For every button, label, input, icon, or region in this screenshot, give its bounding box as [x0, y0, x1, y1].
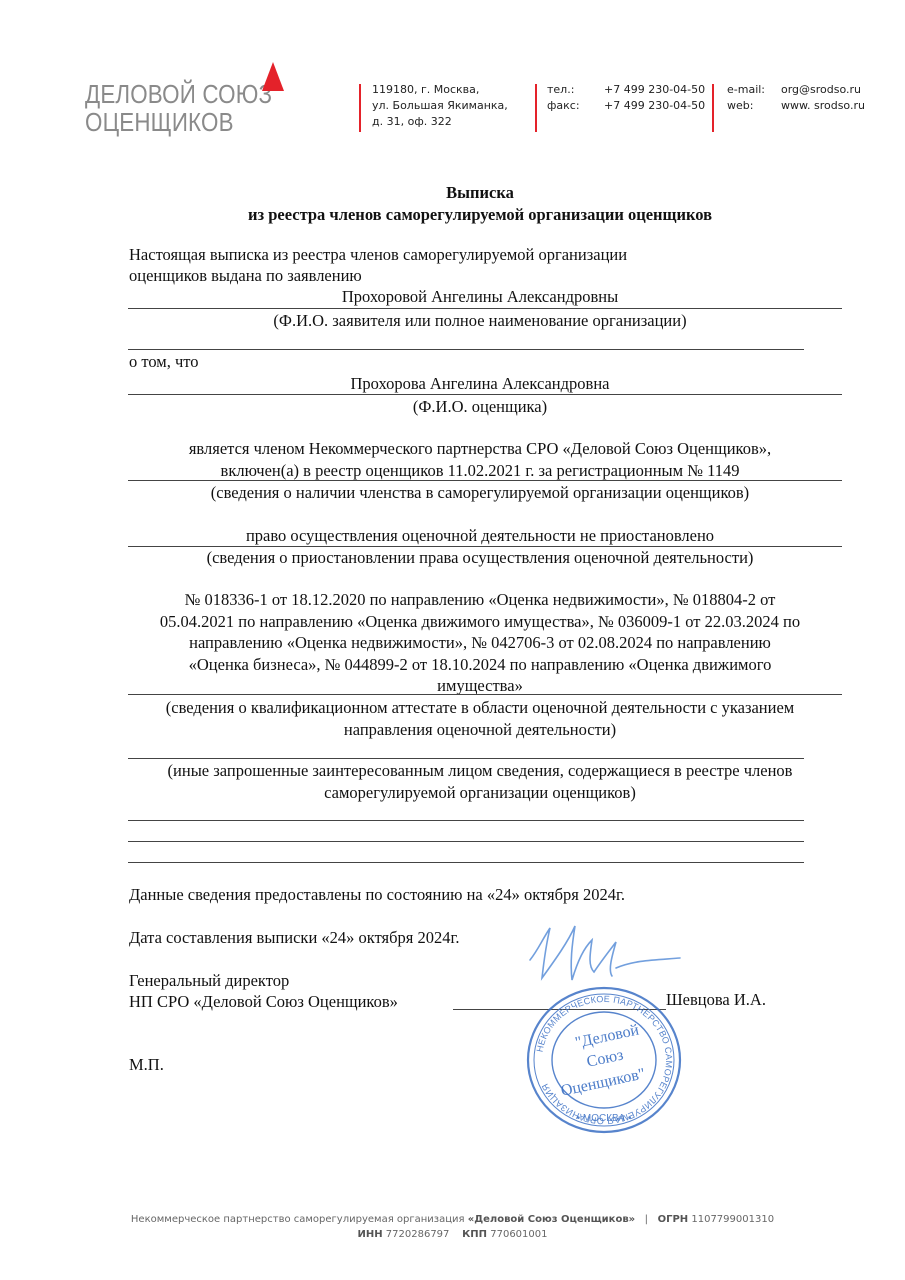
email-link[interactable]: org@srodso.ru	[781, 83, 861, 96]
ogrn-label: ОГРН	[658, 1214, 689, 1225]
logo-line-2: ОЦЕНЩИКОВ	[85, 108, 272, 136]
membership-caption: (сведения о наличии членства в саморегул…	[118, 482, 842, 504]
blank-line	[128, 820, 804, 821]
seal-place-label: М.П.	[129, 1055, 164, 1075]
email-label: e-mail:	[727, 82, 781, 98]
intro-text: Настоящая выписка из реестра членов само…	[129, 244, 627, 286]
stamp-city: • МОСКВА •	[577, 1113, 632, 1124]
signature-icon	[520, 920, 690, 995]
blank-line	[128, 841, 804, 842]
appraiser-caption: (Ф.И.О. оценщика)	[118, 396, 842, 418]
compiled-date: Дата составления выписки «24» октября 20…	[129, 928, 460, 948]
fax-number: +7 499 230-04-50	[604, 99, 705, 112]
certificate-line: 05.04.2021 по направлению «Оценка движим…	[118, 611, 842, 633]
ogrn-value: 1107799001310	[691, 1214, 774, 1225]
stamp-center-line-2: Союз	[585, 1046, 625, 1070]
signer-title-line-1: Генеральный директор	[129, 970, 398, 991]
phone-label: тел.:	[547, 82, 604, 98]
intro-line-2: оценщиков выдана по заявлению	[129, 265, 627, 286]
signer-title: Генеральный директор НП СРО «Деловой Сою…	[129, 970, 398, 1012]
certificate-line: «Оценка бизнеса», № 044899-2 от 18.10.20…	[118, 654, 842, 676]
kpp-value: 770601001	[490, 1229, 547, 1240]
phone-number: +7 499 230-04-50	[604, 83, 705, 96]
stamp-center-line-1: "Деловой	[574, 1021, 641, 1051]
divider	[712, 84, 714, 132]
divider	[359, 84, 361, 132]
underline	[128, 480, 842, 481]
caption-line: направления оценочной деятельности)	[118, 719, 842, 741]
footer-line-1: Некоммерческое партнерство саморегулируе…	[0, 1212, 905, 1227]
address-line: д. 31, оф. 322	[372, 114, 508, 130]
about-that-label: о том, что	[129, 352, 199, 372]
caption-line: (иные запрошенные заинтересованным лицом…	[118, 760, 842, 782]
inn-label: ИНН	[357, 1229, 382, 1240]
appraiser-name: Прохорова Ангелина Александровна	[118, 373, 842, 395]
web-link[interactable]: www. srodso.ru	[781, 99, 865, 112]
web-label: web:	[727, 98, 781, 114]
blank-line	[128, 758, 804, 759]
intro-line-1: Настоящая выписка из реестра членов само…	[129, 244, 627, 265]
stamp-center-line-3: Оценщиков"	[559, 1065, 646, 1099]
organization-stamp-icon: НЕКОММЕРЧЕСКОЕ ПАРТНЕРСТВО САМОРЕГУЛИРУЕ…	[524, 985, 684, 1135]
underline	[128, 394, 842, 395]
certificate-line: направлению «Оценка недвижимости», № 042…	[118, 632, 842, 654]
inn-value: 7720286797	[386, 1229, 450, 1240]
membership-line-1: является членом Некоммерческого партнерс…	[118, 438, 842, 460]
address-line: 119180, г. Москва,	[372, 82, 508, 98]
caption-line: саморегулируемой организации оценщиков)	[118, 782, 842, 804]
footer-separator: |	[645, 1214, 648, 1225]
phone-block: тел.:+7 499 230-04-50 факс:+7 499 230-04…	[547, 82, 705, 114]
other-info-caption: (иные запрошенные заинтересованным лицом…	[118, 760, 842, 804]
logo-line-1: ДЕЛОВОЙ СОЮЗ	[85, 80, 272, 108]
blank-line	[128, 349, 804, 350]
applicant-name: Прохоровой Ангелины Александровны	[118, 286, 842, 308]
as-of-date: Данные сведения предоставлены по состоян…	[129, 885, 625, 905]
title-line-1: Выписка	[118, 182, 842, 204]
certificate-line: № 018336-1 от 18.12.2020 по направлению …	[118, 589, 842, 611]
address-block: 119180, г. Москва, ул. Большая Якиманка,…	[372, 82, 508, 130]
footer-org-prefix: Некоммерческое партнерство саморегулируе…	[131, 1214, 465, 1225]
underline	[128, 694, 842, 695]
fax-label: факс:	[547, 98, 604, 114]
certificates-info: № 018336-1 от 18.12.2020 по направлению …	[118, 589, 842, 697]
underline	[128, 308, 842, 309]
caption-line: (сведения о квалификационном аттестате в…	[118, 697, 842, 719]
applicant-caption: (Ф.И.О. заявителя или полное наименовани…	[118, 310, 842, 332]
title-line-2: из реестра членов саморегулируемой орган…	[118, 204, 842, 226]
divider	[535, 84, 537, 132]
kpp-label: КПП	[462, 1229, 487, 1240]
footer-org-name: «Деловой Союз Оценщиков»	[468, 1214, 635, 1225]
suspension-status: право осуществления оценочной деятельнос…	[118, 525, 842, 547]
logo-triangle-icon	[262, 62, 284, 91]
blank-line	[128, 862, 804, 863]
footer-line-2: ИНН 7720286797 КПП 770601001	[0, 1227, 905, 1242]
document-page: ДЕЛОВОЙ СОЮЗ ОЦЕНЩИКОВ 119180, г. Москва…	[0, 0, 905, 1280]
document-title: Выписка из реестра членов саморегулируем…	[118, 182, 842, 226]
suspension-caption: (сведения о приостановлении права осущес…	[118, 547, 842, 569]
membership-info: является членом Некоммерческого партнерс…	[118, 438, 842, 482]
certificates-caption: (сведения о квалификационном аттестате в…	[118, 697, 842, 741]
membership-line-2: включен(а) в реестр оценщиков 11.02.2021…	[118, 460, 842, 482]
web-block: e-mail:org@srodso.ru web:www. srodso.ru	[727, 82, 865, 114]
address-line: ул. Большая Якиманка,	[372, 98, 508, 114]
signer-title-line-2: НП СРО «Деловой Союз Оценщиков»	[129, 991, 398, 1012]
footer: Некоммерческое партнерство саморегулируе…	[0, 1212, 905, 1242]
